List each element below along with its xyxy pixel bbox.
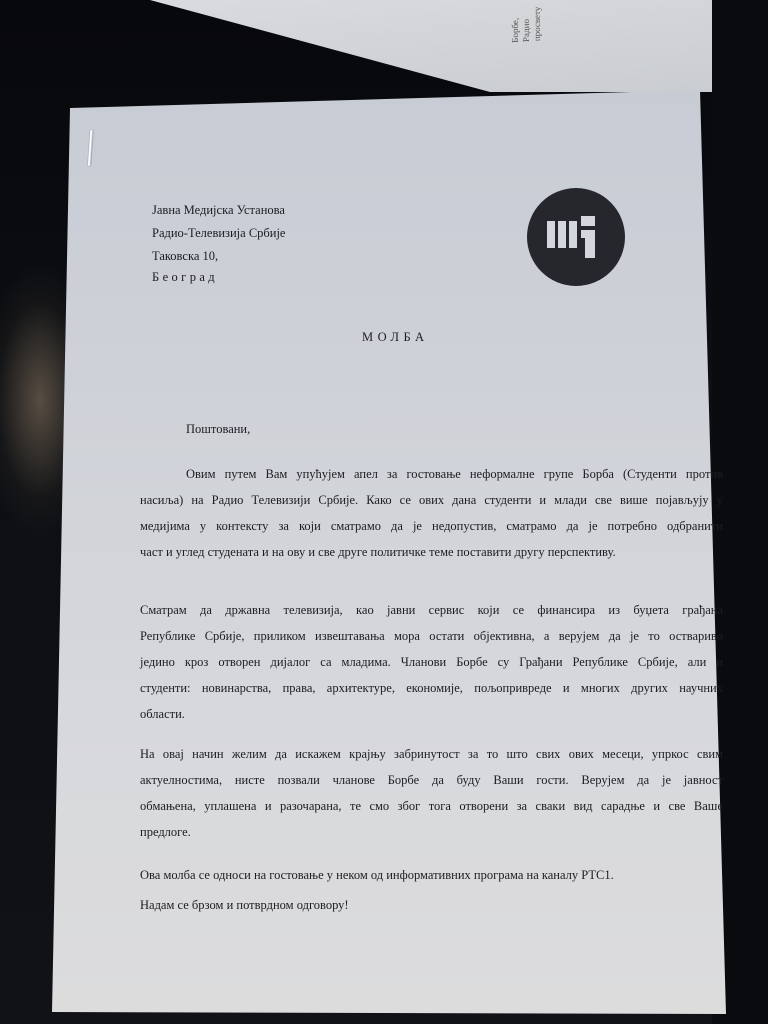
fist-logo-icon [527,188,625,286]
paragraph-line: једино кроз отворен дијалог са младима. … [140,649,723,675]
logo-bar [569,221,577,248]
greeting: Поштовани, [186,422,250,437]
logo-bar [581,230,595,238]
letter-content: Јавна Медијска Установа Радио-Телевизија… [0,0,768,1024]
paragraph-line: студенти: новинарства, права, архитектур… [140,675,723,701]
paragraph-3: На овај начин желим да искажем крајњу за… [140,741,723,845]
paragraph-line: Овим путем Вам упућујем апел за гостовањ… [140,461,723,487]
paragraph-line: предлоге. [140,819,723,845]
paragraph-line: насиља) на Радио Телевизији Србије. Како… [140,487,723,513]
paragraph-line: Републике Србије, приликом извештавања м… [140,623,723,649]
paragraph-line: Сматрам да државна телевизија, као јавни… [140,597,723,623]
paragraph-line: част и углед студената и на ову и све др… [140,539,723,565]
paragraph-line: актуелностима, нисте позвали чланове Бор… [140,767,723,793]
paragraph-1: Овим путем Вам упућујем апел за гостовањ… [140,461,723,565]
recipient-line-2: Радио-Телевизија Србије [152,226,285,241]
paragraph-line: медијима у контексту за који сматрамо да… [140,513,723,539]
recipient-line-3: Таковска 10, [152,249,218,264]
logo-bar [558,221,566,248]
logo-bar [585,238,595,258]
logo-bar [547,221,555,248]
letter-title: МОЛБА [362,330,429,345]
recipient-city: Београд [152,270,218,285]
paragraph-line: На овај начин желим да искажем крајњу за… [140,741,723,767]
recipient-line-1: Јавна Медијска Установа [152,203,285,218]
logo-bar [581,216,595,226]
closing-request: Ова молба се односи на гостовање у неком… [140,868,614,883]
paragraph-line: области. [140,701,723,727]
paragraph-2: Сматрам да државна телевизија, као јавни… [140,597,723,727]
closing-wish: Надам се брзом и потврдном одговору! [140,898,349,913]
paragraph-line: обмањена, уплашена и разочарана, те смо … [140,793,723,819]
